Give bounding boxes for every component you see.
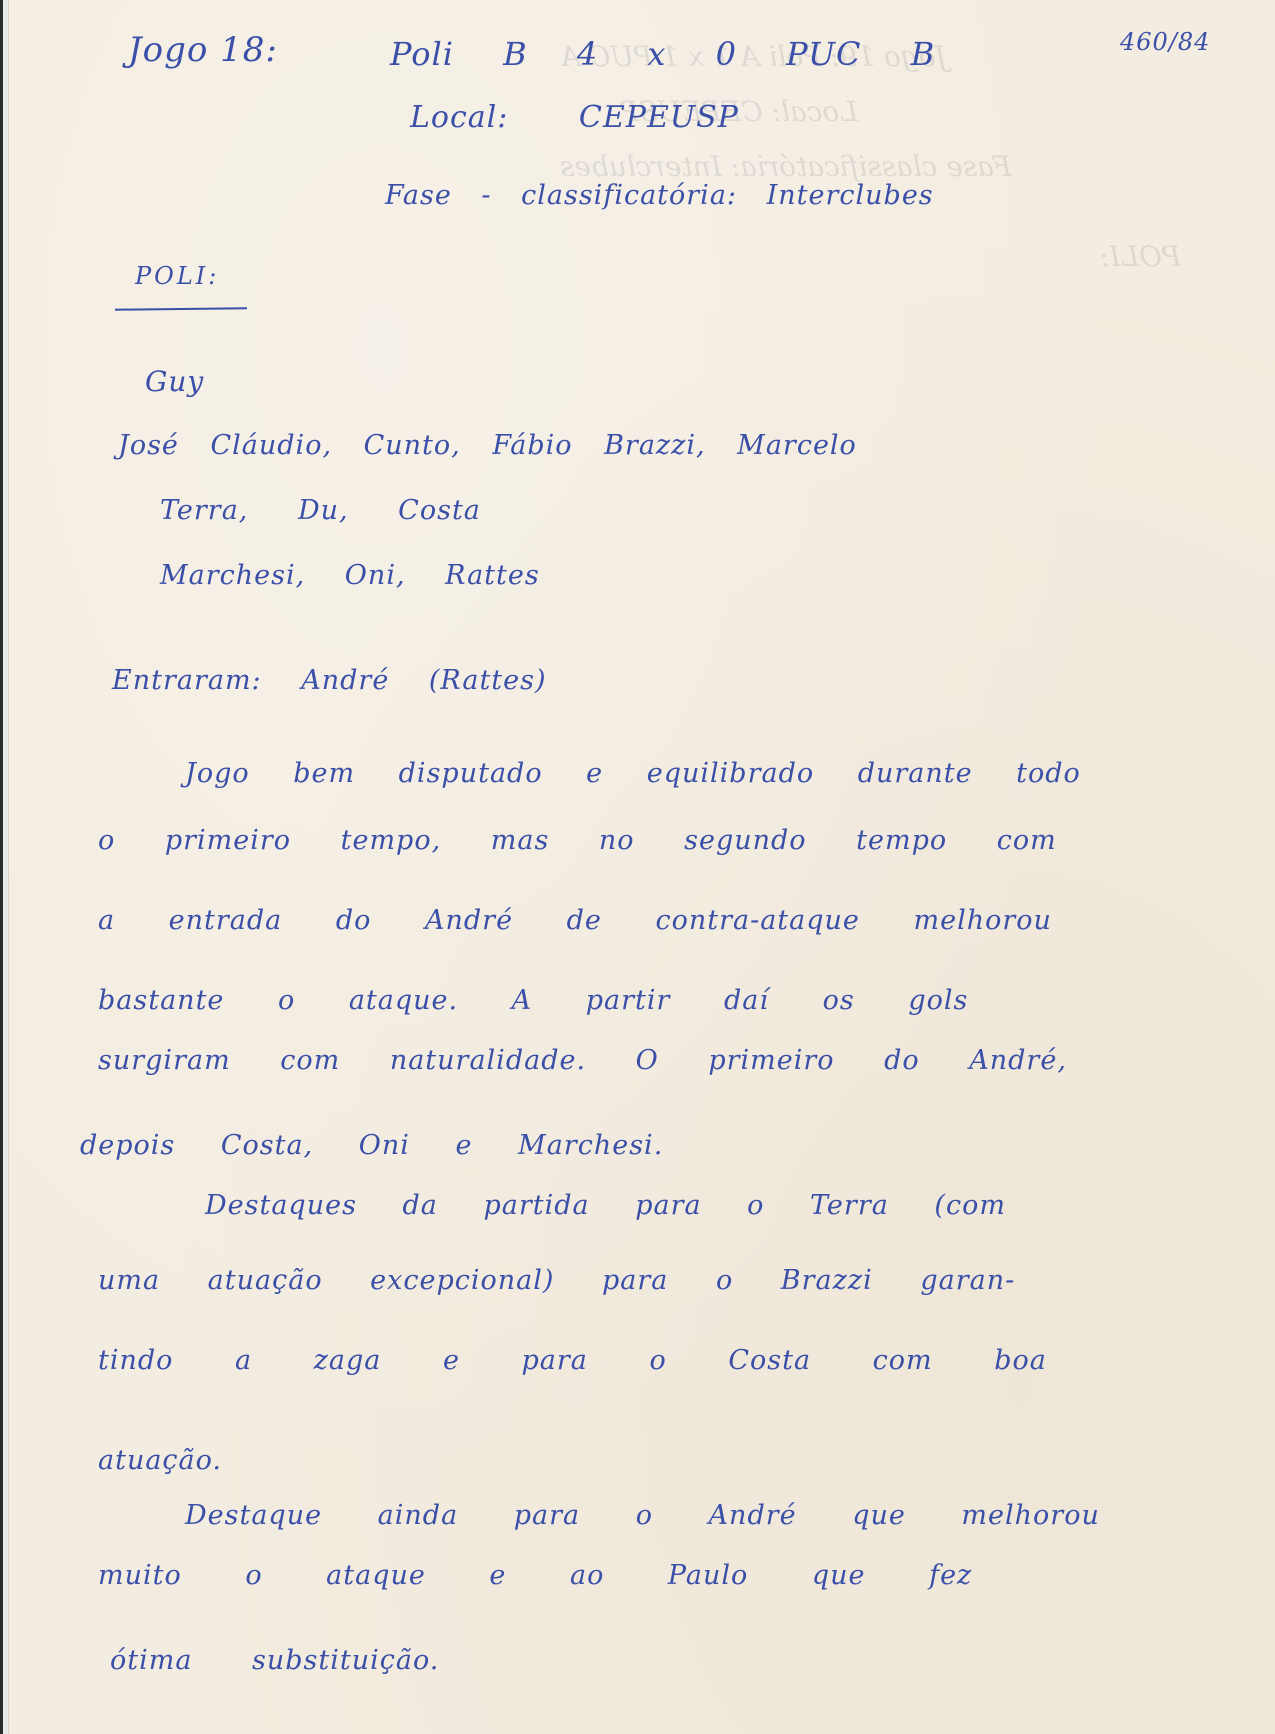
report-line: Destaques da partida para o Terra (com (205, 1190, 1006, 1221)
lineup-goalkeeper: Guy (145, 365, 204, 398)
report-line: tindo a zaga e para o Costa com boa (98, 1345, 1047, 1376)
report-line: surgiram com naturalidade. O primeiro do… (98, 1045, 1067, 1076)
bleed-through-line: POLI: (1100, 240, 1181, 273)
team-heading: POLI: (135, 262, 219, 290)
team-heading-underline (115, 307, 247, 310)
match-result: Poli B 4 x 0 PUC B (390, 35, 935, 73)
report-line: a entrada do André de contra-ataque melh… (98, 905, 1052, 936)
report-line: muito o ataque e ao Paulo que fez (98, 1560, 972, 1591)
report-line: Jogo bem disputado e equilibrado durante… (185, 758, 1081, 789)
match-location: Local: CEPEUSP (410, 100, 739, 135)
report-line: o primeiro tempo, mas no segundo tempo c… (98, 825, 1057, 856)
bleed-through-line: Fase classificatória: Interclubes (560, 150, 1011, 183)
match-phase: Fase - classificatória: Interclubes (385, 180, 934, 211)
page-number: 460/84 (1120, 28, 1210, 56)
report-line: atuação. (98, 1445, 222, 1476)
scan-edge (0, 0, 9, 1734)
scanned-page: Jogo 19: Poli A 1 x 1 PUC A Local: CEPEU… (0, 0, 1275, 1734)
report-line: uma atuação excepcional) para o Brazzi g… (98, 1265, 1015, 1296)
lineup-midfield: Terra, Du, Costa (160, 495, 481, 526)
lineup-substitutions: Entraram: André (Rattes) (112, 665, 547, 696)
lineup-defense: José Cláudio, Cunto, Fábio Brazzi, Marce… (118, 430, 857, 461)
report-line: Destaque ainda para o André que melhorou (185, 1500, 1100, 1531)
report-line: ótima substituição. (110, 1645, 439, 1676)
report-line: bastante o ataque. A partir daí os gols (98, 985, 968, 1016)
report-line: depois Costa, Oni e Marchesi. (80, 1130, 663, 1161)
lineup-attack: Marchesi, Oni, Rattes (160, 560, 540, 591)
game-label: Jogo 18: (128, 30, 278, 70)
